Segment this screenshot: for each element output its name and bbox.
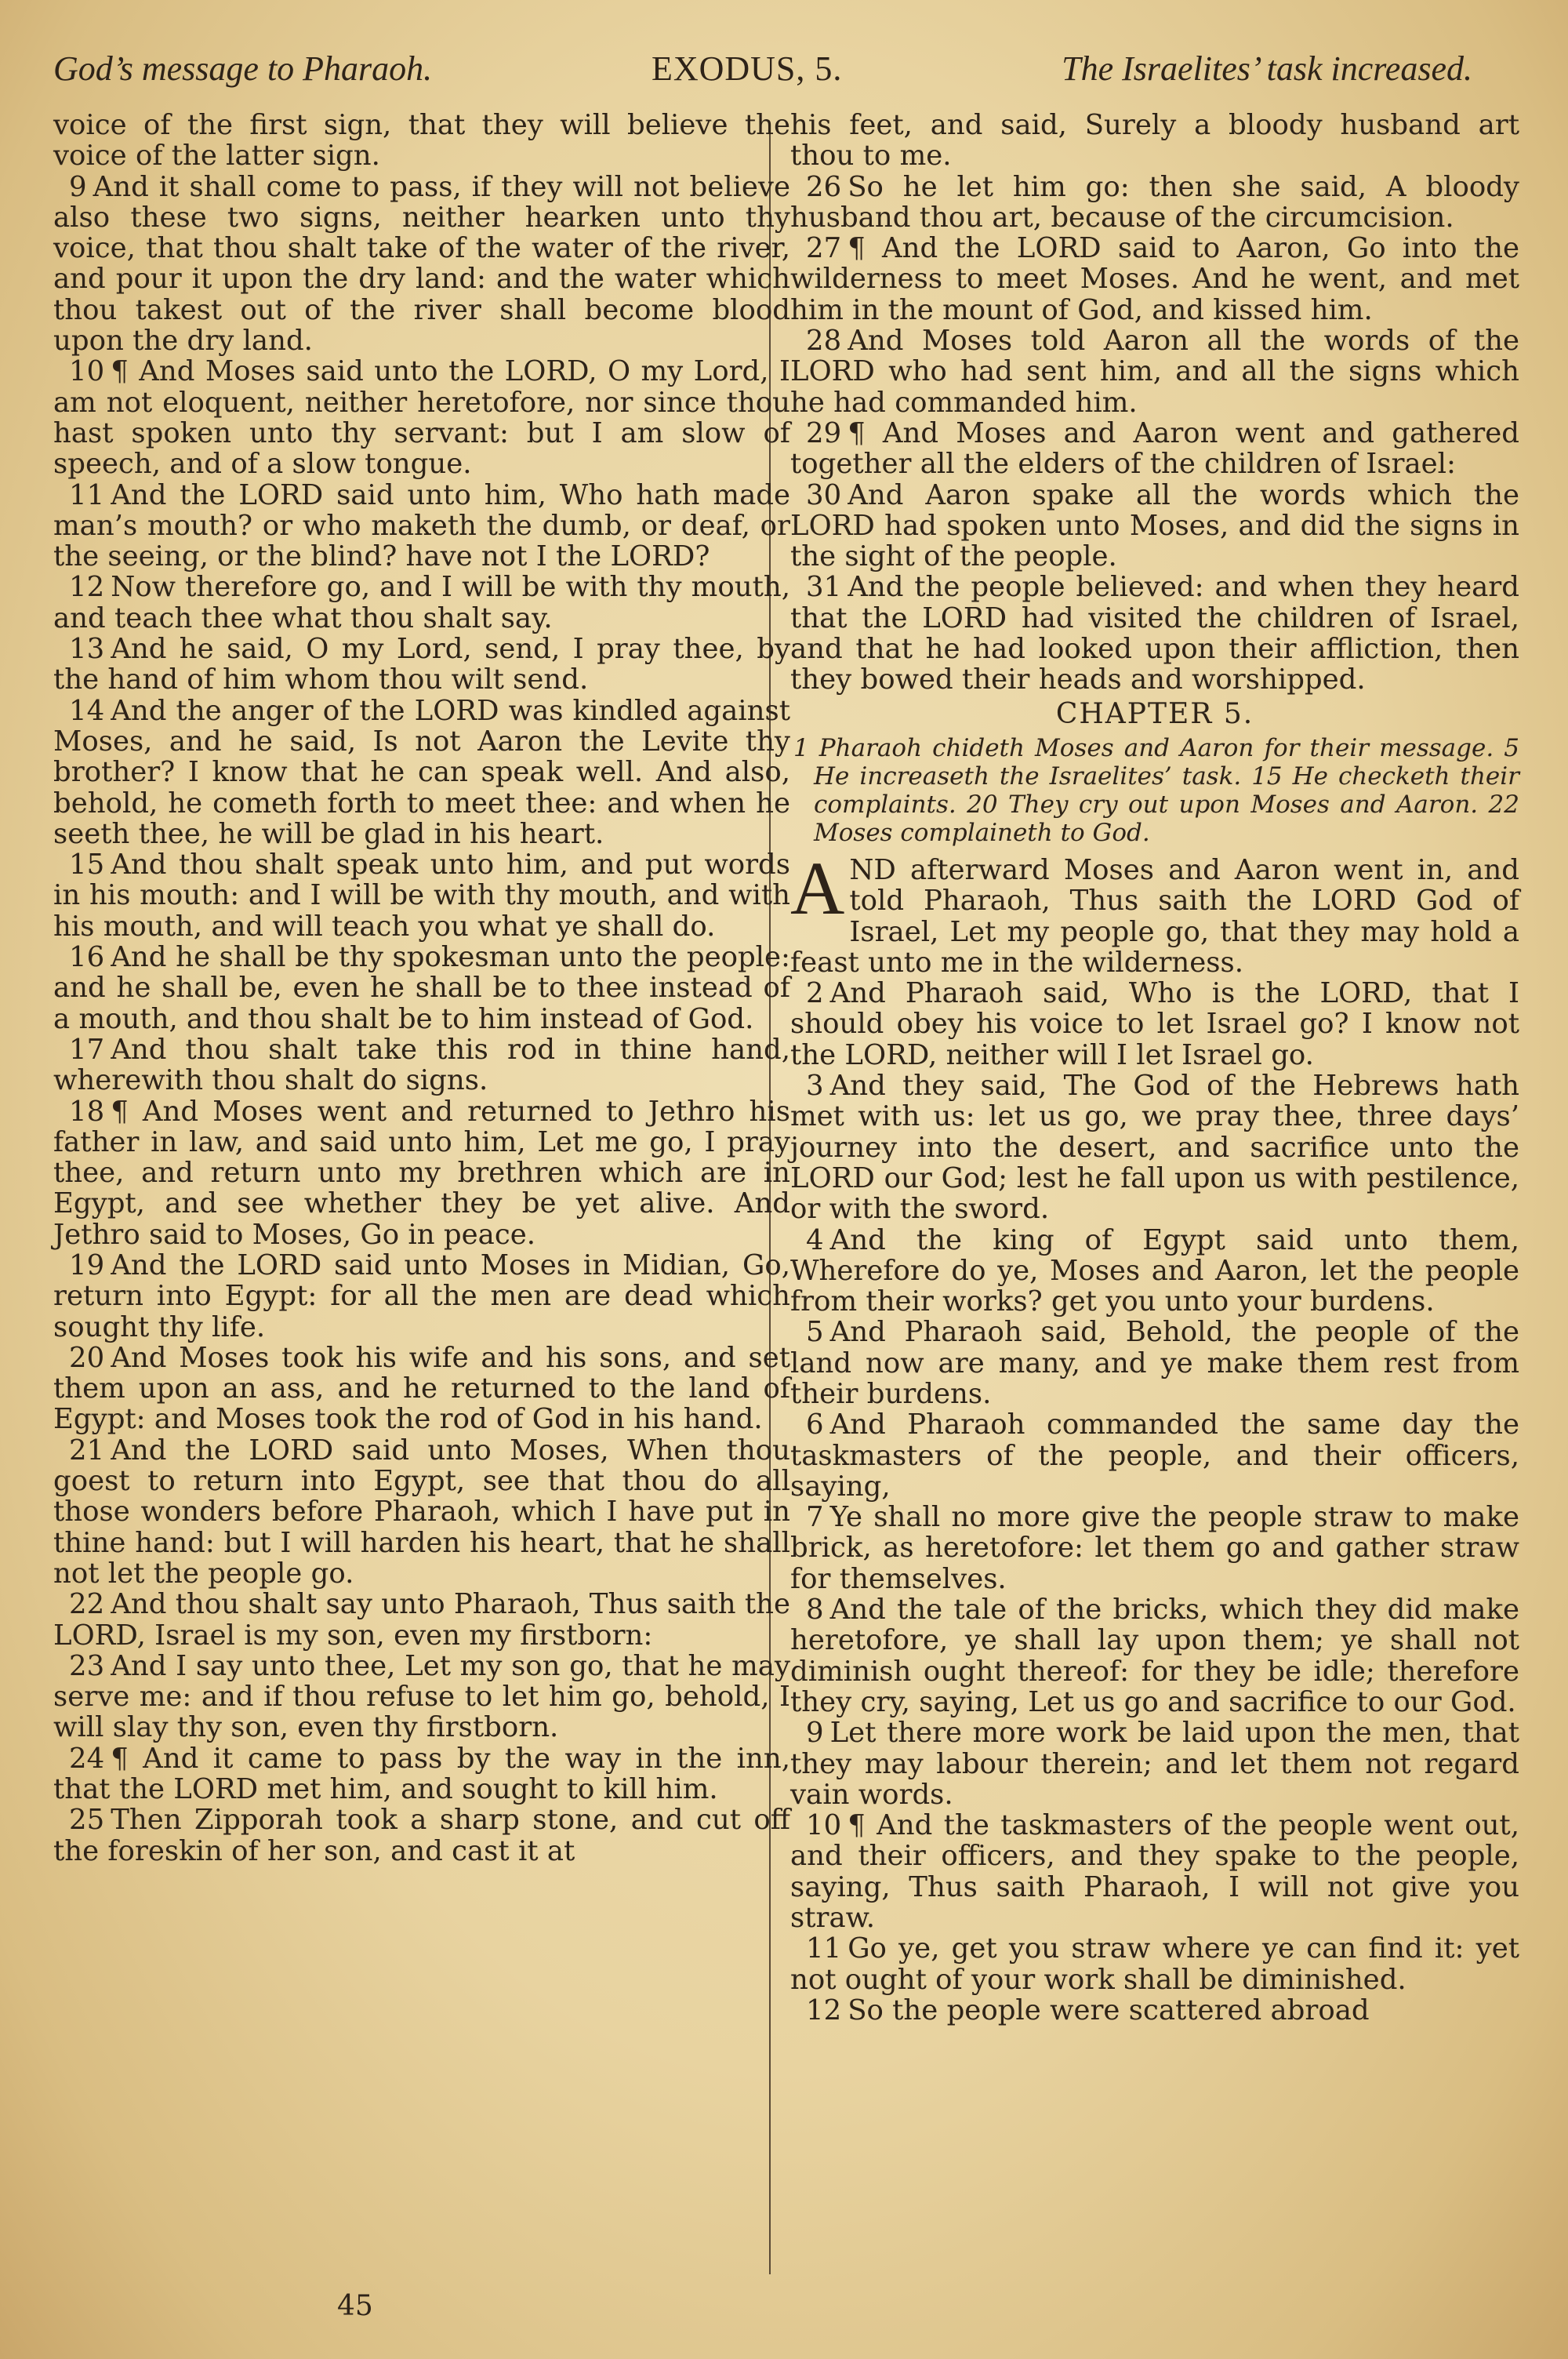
right-column-verses-ch5: 2And Pharaoh said, Who is the LORD, that… [790, 978, 1519, 2026]
verse-text: So the people were scattered abroad [848, 1994, 1369, 2026]
verse-text: And thou shalt say unto Pharaoh, Thus sa… [53, 1588, 790, 1651]
header-left-caption: God’s message to Pharaoh. [53, 49, 432, 89]
verse-text: And the anger of the LORD was kindled ag… [53, 695, 790, 850]
verse-text: his feet, and said, Surely a bloody husb… [790, 109, 1519, 172]
verse-text: And he shall be thy spokesman unto the p… [53, 941, 790, 1035]
chapter-title: CHAPTER 5. [790, 699, 1519, 729]
verse: 2And Pharaoh said, Who is the LORD, that… [790, 978, 1519, 1070]
verse-number: 14 [69, 695, 104, 727]
verse: 26So he let him go: then she said, A blo… [790, 172, 1519, 234]
verse: 19And the LORD said unto Moses in Midian… [53, 1250, 790, 1343]
verse-text: ¶ And the LORD said to Aaron, Go into th… [790, 232, 1519, 326]
verse: 29¶ And Moses and Aaron went and gathere… [790, 418, 1519, 480]
verse-number: 5 [806, 1316, 824, 1348]
verse-number: 11 [69, 479, 104, 511]
verse-text: ¶ And the taskmasters of the people went… [790, 1809, 1519, 1934]
verse-number: 20 [69, 1342, 104, 1374]
verse-number: 9 [69, 171, 87, 203]
verse: 28And Moses told Aaron all the words of … [790, 325, 1519, 418]
verse-text: And Moses took his wife and his sons, an… [53, 1342, 790, 1436]
verse: 17And thou shalt take this rod in thine … [53, 1034, 790, 1096]
verse: 16And he shall be thy spokesman unto the… [53, 942, 790, 1034]
verse-number: 8 [806, 1594, 824, 1626]
verse: 20And Moses took his wife and his sons, … [53, 1343, 790, 1435]
verse-number: 17 [69, 1034, 104, 1066]
verse-number: 9 [806, 1717, 824, 1749]
verse: 27¶ And the LORD said to Aaron, Go into … [790, 233, 1519, 325]
verse-number: 23 [69, 1650, 104, 1682]
verse-number: 19 [69, 1249, 104, 1281]
verse-text: And he said, O my Lord, send, I pray the… [53, 633, 790, 696]
verse-text: Let there more work be laid upon the men… [790, 1717, 1519, 1811]
verse-text: And thou shalt speak unto him, and put w… [53, 849, 790, 943]
verse-number: 21 [69, 1434, 104, 1467]
left-column: voice of the first sign, that they will … [53, 110, 790, 1866]
verse-text: And it shall come to pass, if they will … [53, 171, 790, 357]
verse-number: 27 [806, 232, 841, 264]
verse: 5And Pharaoh said, Behold, the people of… [790, 1317, 1519, 1409]
verse: 31And the people believed: and when they… [790, 572, 1519, 695]
verse-text: And Pharaoh said, Who is the LORD, that … [790, 977, 1519, 1071]
verse: 18¶ And Moses went and returned to Jethr… [53, 1096, 790, 1250]
verse: 15And thou shalt speak unto him, and put… [53, 849, 790, 942]
verse-text: And Aaron spake all the words which the … [790, 479, 1519, 573]
verse: 9Let there more work be laid upon the me… [790, 1717, 1519, 1810]
verse-text: Then Zipporah took a sharp stone, and cu… [53, 1804, 790, 1866]
verse: 8And the tale of the bricks, which they … [790, 1594, 1519, 1717]
verse-text: So he let him go: then she said, A blood… [790, 171, 1519, 234]
verse-number: 3 [806, 1070, 824, 1102]
verse-text: And the LORD said unto Moses, When thou … [53, 1434, 790, 1590]
verse-text: Now therefore go, and I will be with thy… [53, 571, 790, 634]
verse-number: 31 [806, 571, 841, 603]
verse-text: And I say unto thee, Let my son go, that… [53, 1650, 790, 1744]
header-right-caption: The Israelites’ task increased. [1062, 49, 1472, 89]
verse-text: Go ye, get you straw where ye can find i… [790, 1932, 1519, 1995]
page-number: 45 [337, 2290, 373, 2322]
verse: 3And they said, The God of the Hebrews h… [790, 1070, 1519, 1224]
verse: 9And it shall come to pass, if they will… [53, 172, 790, 357]
verse-number: 28 [806, 325, 841, 357]
verse-text: And thou shalt take this rod in thine ha… [53, 1034, 790, 1096]
verse-number: 13 [69, 633, 104, 665]
verse-text: voice of the first sign, that they will … [53, 109, 790, 172]
verse: 7Ye shall no more give the people straw … [790, 1502, 1519, 1594]
verse-text: Ye shall no more give the people straw t… [790, 1501, 1519, 1595]
verse: 23And I say unto thee, Let my son go, th… [53, 1651, 790, 1743]
verse: 10¶ And the taskmasters of the people we… [790, 1810, 1519, 1933]
verse-number: 26 [806, 171, 841, 203]
right-column-verses-ch4: his feet, and said, Surely a bloody husb… [790, 110, 1519, 696]
verse: 11Go ye, get you straw where ye can find… [790, 1933, 1519, 1995]
verse-number: 2 [806, 977, 824, 1009]
verse-number: 7 [806, 1501, 824, 1533]
verse: his feet, and said, Surely a bloody husb… [790, 110, 1519, 172]
verse-text: And the tale of the bricks, which they d… [790, 1594, 1519, 1718]
verse-number: 12 [69, 571, 104, 603]
verse-number: 22 [69, 1588, 104, 1620]
verse-text: And the LORD said unto him, Who hath mad… [53, 479, 790, 573]
first-verse-text: ND afterward Moses and Aaron went in, an… [790, 854, 1519, 979]
verse-number: 11 [806, 1932, 841, 1965]
verse: 24¶ And it came to pass by the way in th… [53, 1743, 790, 1805]
chapter-first-verse: A ND afterward Moses and Aaron went in, … [790, 855, 1519, 978]
verse-number: 15 [69, 849, 104, 881]
verse-text: And they said, The God of the Hebrews ha… [790, 1070, 1519, 1225]
verse-number: 30 [806, 479, 841, 511]
verse: 6And Pharaoh commanded the same day the … [790, 1409, 1519, 1502]
verse: 21And the LORD said unto Moses, When tho… [53, 1435, 790, 1589]
header-book-chapter: EXODUS, 5. [652, 49, 842, 89]
verse-text: And the LORD said unto Moses in Midian, … [53, 1249, 790, 1343]
verse-number: 10 [69, 355, 104, 387]
verse: 11And the LORD said unto him, Who hath m… [53, 480, 790, 572]
chapter-summary: 1 Pharaoh chideth Moses and Aaron for th… [790, 734, 1519, 847]
verse-number: 18 [69, 1096, 104, 1128]
verse-text: ¶ And Moses and Aaron went and gathered … [790, 417, 1519, 480]
verse-text: ¶ And it came to pass by the way in the … [53, 1743, 790, 1805]
verse: 25Then Zipporah took a sharp stone, and … [53, 1805, 790, 1866]
verse-number: 10 [806, 1809, 841, 1841]
right-column: his feet, and said, Surely a bloody husb… [790, 110, 1519, 2026]
drop-cap: A [790, 858, 844, 919]
verse-text: ¶ And Moses said unto the LORD, O my Lor… [53, 355, 790, 480]
verse: 30And Aaron spake all the words which th… [790, 480, 1519, 572]
verse: 10¶ And Moses said unto the LORD, O my L… [53, 356, 790, 479]
verse: voice of the first sign, that they will … [53, 110, 790, 172]
verse-number: 29 [806, 417, 841, 449]
verse-text: And the king of Egypt said unto them, Wh… [790, 1224, 1519, 1318]
running-head: God’s message to Pharaoh. EXODUS, 5. The… [53, 49, 1472, 96]
verse-text: And Pharaoh said, Behold, the people of … [790, 1316, 1519, 1410]
verse: 12Now therefore go, and I will be with t… [53, 572, 790, 634]
verse-number: 16 [69, 941, 104, 973]
verse-text: And Pharaoh commanded the same day the t… [790, 1408, 1519, 1503]
verse: 13And he said, O my Lord, send, I pray t… [53, 634, 790, 696]
verse-number: 12 [806, 1994, 841, 2026]
verse-number: 4 [806, 1224, 824, 1256]
verse: 14And the anger of the LORD was kindled … [53, 696, 790, 849]
verse: 22And thou shalt say unto Pharaoh, Thus … [53, 1589, 790, 1651]
verse-number: 24 [69, 1743, 104, 1775]
verse: 4And the king of Egypt said unto them, W… [790, 1225, 1519, 1318]
verse-number: 6 [806, 1408, 824, 1441]
verse-text: ¶ And Moses went and returned to Jethro … [53, 1096, 790, 1251]
verse-text: And Moses told Aaron all the words of th… [790, 325, 1519, 419]
verse: 12So the people were scattered abroad [790, 1995, 1519, 2026]
verse-number: 25 [69, 1804, 104, 1836]
verse-text: And the people believed: and when they h… [790, 571, 1519, 696]
